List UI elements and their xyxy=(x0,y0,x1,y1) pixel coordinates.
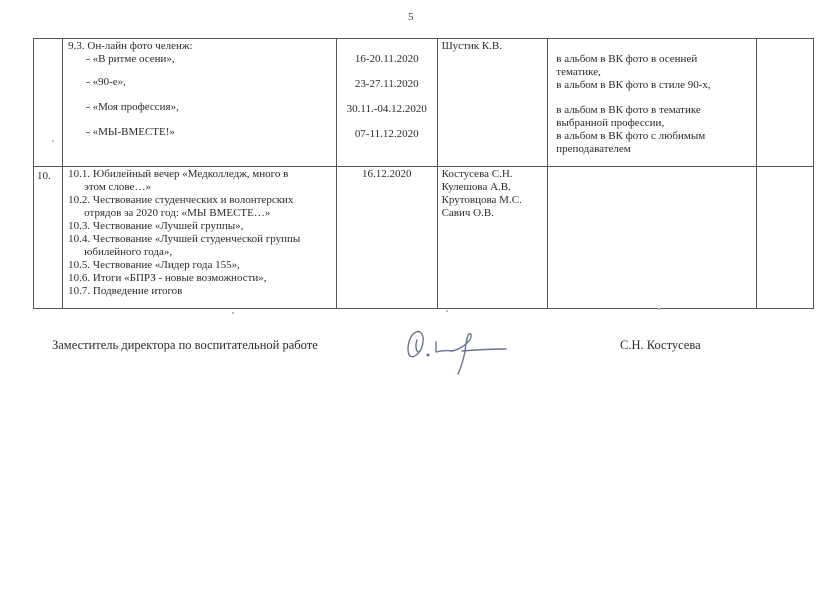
responsible-person: Шустик К.В. xyxy=(442,40,544,53)
note-line: тематике, xyxy=(556,66,751,79)
date: 30.11.-04.12.2020 xyxy=(337,103,437,116)
event-cell: 10.1. Юбилейный вечер «Медколледж, много… xyxy=(63,167,337,309)
dates-cell: 16-20.11.2020 23-27.11.2020 30.11.-04.12… xyxy=(336,39,437,167)
event-cell: 9.3. Он-лайн фото челенж: - «В ритме осе… xyxy=(63,39,337,167)
handwritten-signature xyxy=(402,322,522,377)
event-item: 10.6. Итоги «БПРЗ - новые возможности», xyxy=(68,272,333,285)
notes-cell xyxy=(548,167,756,309)
event-item: 10.1. Юбилейный вечер «Медколледж, много… xyxy=(68,168,333,181)
scan-speck xyxy=(446,310,448,312)
row-number: 10. xyxy=(34,167,63,309)
table-row: 10. 10.1. Юбилейный вечер «Медколледж, м… xyxy=(34,167,814,309)
responsible-person: Костусева С.Н. xyxy=(442,168,544,181)
event-item: - «МЫ-ВМЕСТЕ!» xyxy=(68,126,333,139)
note-line: преподавателем xyxy=(556,143,751,156)
responsible-cell: Костусева С.Н. Кулешова А.В. Крутовцова … xyxy=(437,167,548,309)
event-title: 9.3. Он-лайн фото челенж: xyxy=(68,40,333,53)
note-line: в альбом в ВК фото в тематике xyxy=(556,104,751,117)
event-item-continued: этом слове…» xyxy=(68,181,333,194)
responsible-person: Крутовцова М.С. xyxy=(442,194,544,207)
date: 07-11.12.2020 xyxy=(337,128,437,141)
date: 16-20.11.2020 xyxy=(337,53,437,66)
dates-cell: 16.12.2020 xyxy=(336,167,437,309)
responsible-cell: Шустик К.В. xyxy=(437,39,548,167)
scan-speck xyxy=(52,140,54,142)
note-line: в альбом в ВК фото в стиле 90-х, xyxy=(556,79,751,92)
event-item: - «90-е», xyxy=(68,76,333,89)
notes-cell: в альбом в ВК фото в осенней тематике, в… xyxy=(548,39,756,167)
responsible-person: Кулешова А.В. xyxy=(442,181,544,194)
note-line: в альбом в ВК фото в осенней xyxy=(556,53,751,66)
date: 16.12.2020 xyxy=(337,168,437,181)
page-number: 5 xyxy=(408,11,414,23)
event-item: 10.2. Чествование студенческих и волонте… xyxy=(68,194,333,207)
event-item: - «Моя профессия», xyxy=(68,101,333,114)
event-item: - «В ритме осени», xyxy=(68,53,333,66)
table-row: 9.3. Он-лайн фото челенж: - «В ритме осе… xyxy=(34,39,814,167)
event-item: 10.5. Чествование «Лидер года 155», xyxy=(68,259,333,272)
event-item-continued: юбилейного года», xyxy=(68,246,333,259)
scan-speck xyxy=(232,312,234,314)
row-number xyxy=(34,39,63,167)
extra-cell xyxy=(756,39,813,167)
note-line: выбранной профессии, xyxy=(556,117,751,130)
note-line: в альбом в ВК фото с любимым xyxy=(556,130,751,143)
scan-speck xyxy=(658,308,660,310)
signatory-name: С.Н. Костусева xyxy=(620,338,701,353)
event-item: 10.4. Чествование «Лучшей студенческой г… xyxy=(68,233,333,246)
signatory-position: Заместитель директора по воспитательной … xyxy=(52,338,318,353)
responsible-person: Савич О.В. xyxy=(442,207,544,220)
event-item: 10.7. Подведение итогов xyxy=(68,285,333,298)
extra-cell xyxy=(756,167,813,309)
event-item: 10.3. Чествование «Лучшей группы», xyxy=(68,220,333,233)
event-item-continued: отрядов за 2020 год: «МЫ ВМЕСТЕ…» xyxy=(68,207,333,220)
date: 23-27.11.2020 xyxy=(337,78,437,91)
events-plan-table: 9.3. Он-лайн фото челенж: - «В ритме осе… xyxy=(33,38,814,309)
